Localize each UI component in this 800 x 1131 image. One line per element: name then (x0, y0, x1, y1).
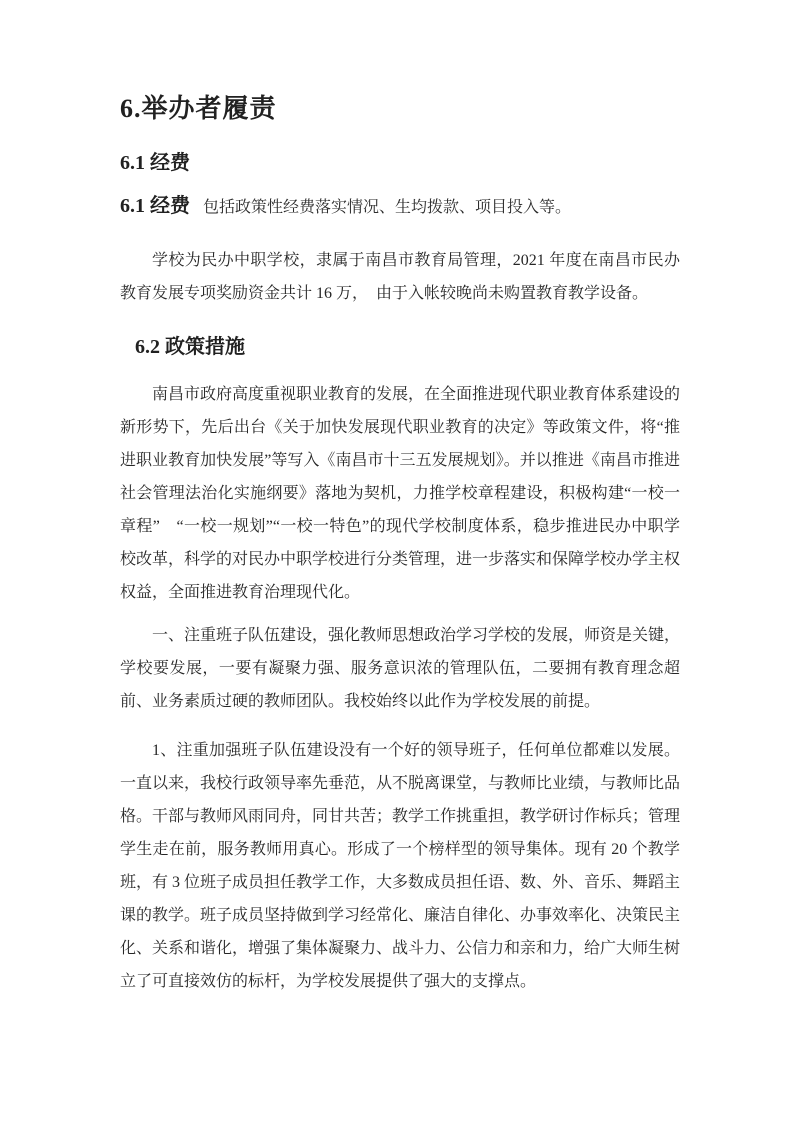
funding-lead-label: 6.1 经费 (120, 195, 190, 217)
funding-lead-line: 6.1 经费包括政策性经费落实情况、生均拨款、项目投入等。 (120, 192, 680, 220)
heading-funding: 6.1 经费 (120, 150, 680, 176)
heading-policy: 6.2 政策措施 (135, 334, 680, 360)
policy-paragraph-team-building: 一、注重班子队伍建设，强化教师思想政治学习学校的发展，师资是关键，学校要发展，一… (120, 619, 680, 718)
page-title: 6.举办者履责 (120, 92, 680, 126)
document-page: 6.举办者履责 6.1 经费 6.1 经费包括政策性经费落实情况、生均拨款、项目… (0, 0, 800, 1131)
policy-paragraph-overview: 南昌市政府高度重视职业教育的发展，在全面推进现代职业教育体系建设的新形势下，先后… (120, 378, 680, 609)
funding-paragraph: 学校为民办中职学校，隶属于南昌市教育局管理，2021 年度在南昌市民办教育发展专… (120, 244, 680, 310)
funding-lead-text: 包括政策性经费落实情况、生均拨款、项目投入等。 (203, 199, 571, 216)
document-content: 6.举办者履责 6.1 经费 6.1 经费包括政策性经费落实情况、生均拨款、项目… (120, 92, 680, 998)
policy-paragraph-leadership: 1、注重加强班子队伍建设没有一个好的领导班子，任何单位都难以发展。一直以来，我校… (120, 734, 680, 998)
